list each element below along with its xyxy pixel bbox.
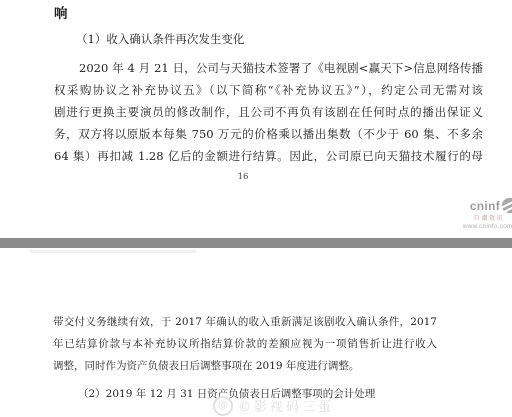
paragraph-line: 剧进行更换主要演员的修改制作，且公司不再负有该剧在任何时点的播出保证义 [54,104,483,121]
cninfo-subtitle: 巨潮资讯 [463,216,504,222]
document-screenshot: 响 （1）收入确认条件再次发生变化 2020 年 4 月 21 日，公司与天猫技… [0,0,512,417]
scan-artifact [30,250,196,253]
paragraph-line: 务，双方将以原版本每集 750 万元的价格乘以播出集数（不少于 60 集、不多余 [54,126,483,143]
watermark: @ ©影视码三蛋 [213,396,334,416]
watermark-text: ©影视码三蛋 [238,396,334,415]
cninfo-logo: cninf 巨潮资讯 www.cninfo.com.c [463,197,512,231]
paragraph-line: 权采购协议之补充协议五》（以下简称“《补充协议五》”），约定公司无需对该 [54,82,483,99]
cninfo-globe-icon [501,197,512,214]
paragraph-line: 带交付义务继续有效，于 2017 年确认的收入重新满足该剧收入确认条件，2017 [53,315,437,331]
cninfo-url: www.cninfo.com.c [463,224,512,231]
paragraph-line: 调整，同时作为资产负债表日后调整事项在 2019 年度进行调整。 [53,359,359,374]
paragraph-line: 64 集）再扣减 1.28 亿后的金额进行结算。因此，公司原已向天猫技术履行的母 [54,148,483,165]
paragraph-line: 2020 年 4 月 21 日，公司与天猫技术签署了《电视剧<赢天下>信息网络传… [54,60,483,77]
section-1-heading: （1）收入确认条件再次发生变化 [76,31,244,47]
cninfo-wordmark: cninf [470,200,500,212]
paragraph-line: 年已结算价款与本补充协议所指结算价款的差额应视为一项销售折让进行收入 [53,337,437,353]
page-divider-band [0,238,512,248]
hanging-paragraph-word: 响 [54,2,68,22]
page-number: 16 [226,172,260,182]
watermark-avatar-icon: @ [213,396,233,416]
